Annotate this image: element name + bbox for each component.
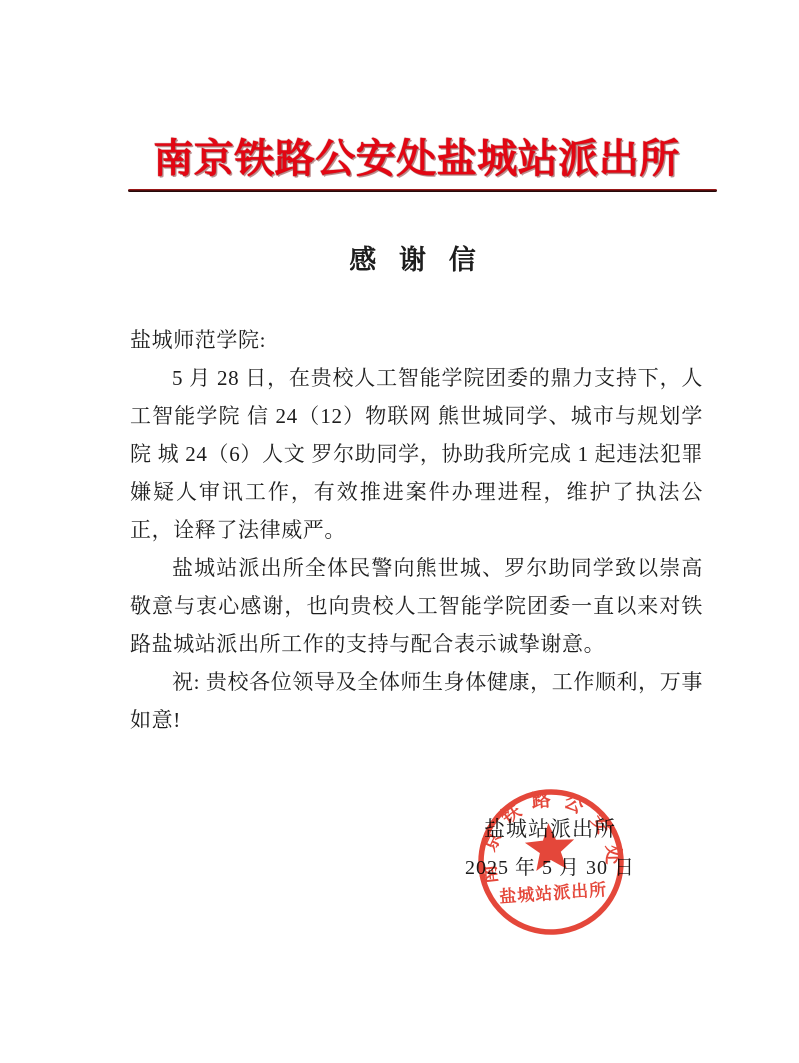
paragraph-1: 5 月 28 日，在贵校人工智能学院团委的鼎力支持下，人工智能学院 信 24（1… — [130, 359, 703, 549]
paragraph-2: 盐城站派出所全体民警向熊世城、罗尔助同学致以崇高敬意与衷心感谢，也向贵校人工智能… — [130, 549, 703, 663]
stamp-bottom-text: 盐城站派出所 — [499, 879, 608, 906]
letter-page: 南京铁路公安处盐城站派出所 感 谢 信 盐城师范学院: 5 月 28 日，在贵校… — [0, 0, 799, 1063]
stamp-star — [524, 821, 577, 871]
letter-title: 感 谢 信 — [130, 244, 703, 276]
letterhead-divider — [128, 189, 717, 192]
paragraph-3: 祝: 贵校各位领导及全体师生身体健康，工作顺利，万事如意! — [130, 663, 703, 739]
salutation: 盐城师范学院: — [130, 321, 703, 359]
official-stamp: 南京铁路公安处 盐城站派出所 — [470, 781, 632, 943]
letterhead-title: 南京铁路公安处盐城站派出所 — [130, 136, 703, 182]
letter-body: 盐城师范学院: 5 月 28 日，在贵校人工智能学院团委的鼎力支持下，人工智能学… — [130, 321, 703, 739]
